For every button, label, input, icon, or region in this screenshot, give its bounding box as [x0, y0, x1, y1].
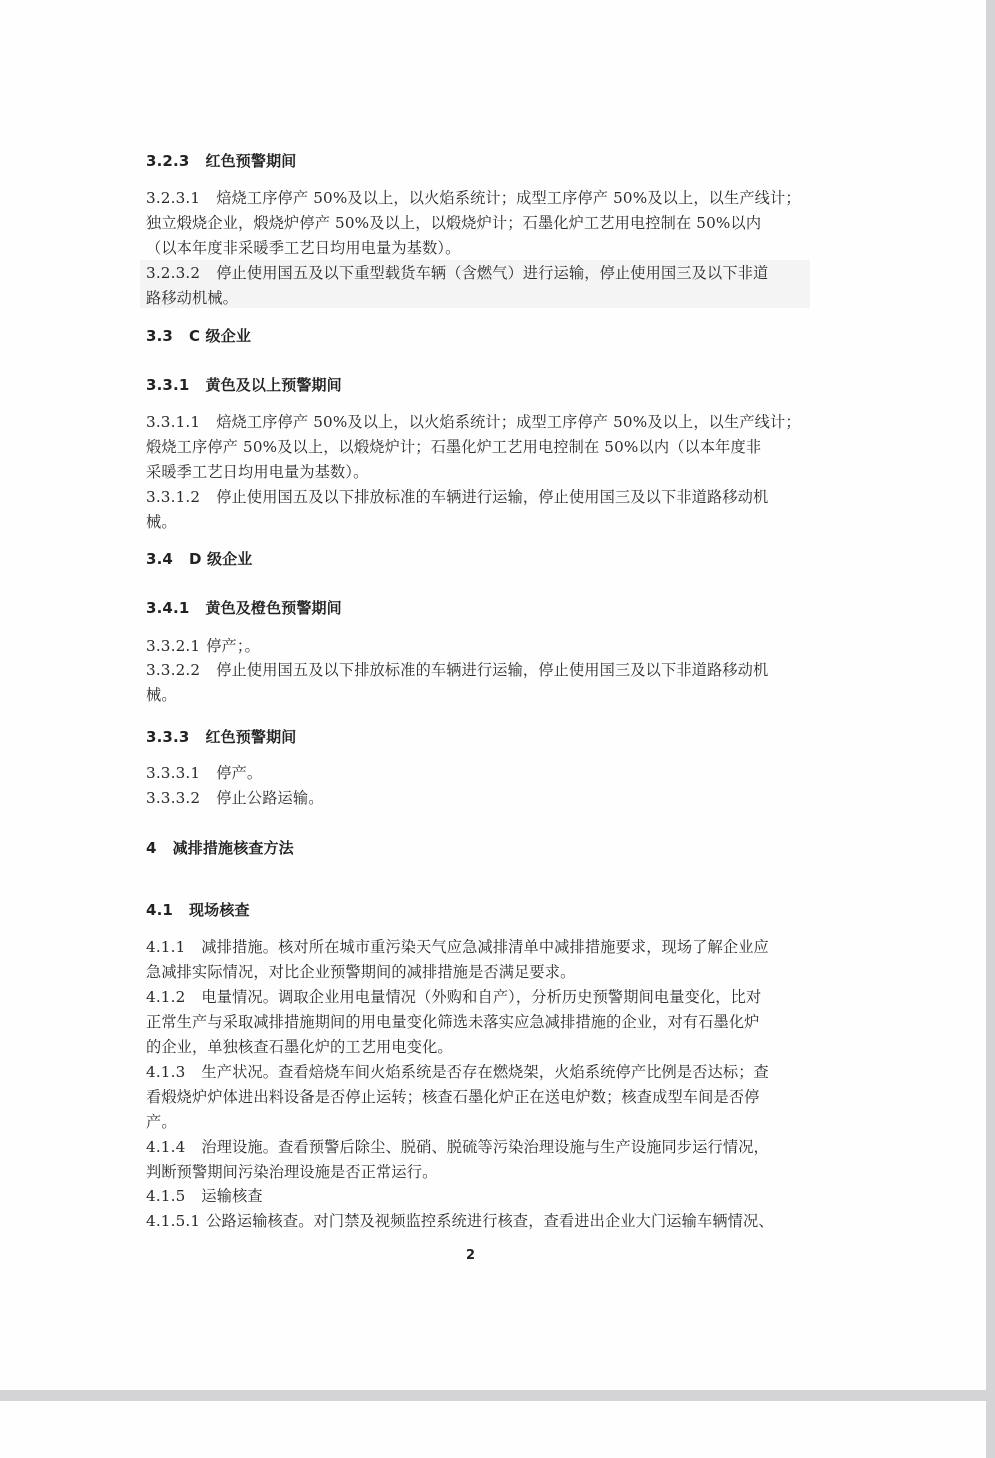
section-heading-3-4: 3.4D 级企业 — [146, 549, 252, 569]
section-heading-3-3: 3.3C 级企业 — [146, 326, 251, 346]
paragraph-line-3-3-1-2-0: 3.3.1.2停止使用国五及以下排放标准的车辆进行运输，停止使用国三及以下非道路… — [146, 487, 768, 507]
clause-text: 停止使用国五及以下排放标准的车辆进行运输，停止使用国三及以下非道路移动机 — [216, 488, 768, 506]
section-title: 黄色及以上预警期间 — [205, 376, 341, 394]
paragraph-line-4-1-3-2: 产。 — [146, 1112, 177, 1132]
section-title: C 级企业 — [189, 327, 251, 345]
paragraph-line-4-1-2-1: 正常生产与采取减排措施期间的用电量变化筛选未落实应急减排措施的企业，对有石墨化炉 — [146, 1012, 760, 1032]
clause-text: 生产状况。查看焙烧车间火焰系统是否存在燃烧架，火焰系统停产比例是否达标；查 — [201, 1063, 769, 1081]
clause-number: 3.2.3.1 — [146, 188, 200, 208]
section-title: 红色预警期间 — [205, 728, 296, 746]
clause-text: 运输核查 — [201, 1187, 262, 1205]
clause-text: 路移动机械。 — [146, 289, 238, 307]
paragraph-line-4-1-3-1: 看煅烧炉炉体进出料设备是否停止运转；核查石墨化炉正在送电炉数；核查成型车间是否停 — [146, 1087, 760, 1107]
paragraph-line-3-2-3-1-2: （以本年度非采暖季工艺日均用电量为基数）。 — [146, 238, 461, 258]
section-title: 现场核查 — [189, 901, 250, 919]
paragraph-line-4-1-3-0: 4.1.3生产状况。查看焙烧车间火焰系统是否存在燃烧架，火焰系统停产比例是否达标… — [146, 1062, 769, 1082]
clause-text: 械。 — [146, 513, 177, 531]
section-title: 黄色及橙色预警期间 — [205, 599, 341, 617]
section-number: 3.3.3 — [146, 727, 189, 747]
clause-text: 停止使用国五及以下重型载货车辆（含燃气）进行运输，停止使用国三及以下非道 — [216, 264, 768, 282]
paragraph-line-3-3-1-1-1: 煅烧工序停产 50%及以上，以煅烧炉计；石墨化炉工艺用电控制在 50%以内（以本… — [146, 437, 761, 457]
clause-number: 3.2.3.2 — [146, 263, 200, 283]
clause-text: 的企业，单独核查石墨化炉的工艺用电变化。 — [146, 1038, 453, 1056]
section-heading-3-3-3: 3.3.3红色预警期间 — [146, 727, 296, 747]
section-title: 减排措施核查方法 — [173, 839, 294, 857]
clause-number: 3.3.1.2 — [146, 487, 200, 507]
clause-text: 煅烧工序停产 50%及以上，以煅烧炉计；石墨化炉工艺用电控制在 50%以内（以本… — [146, 438, 761, 456]
section-number: 3.3.1 — [146, 375, 189, 395]
clause-text: 公路运输核查。对门禁及视频监控系统进行核查，查看进出企业大门运输车辆情况、 — [206, 1212, 774, 1230]
section-heading-3-2-3: 3.2.3红色预警期间 — [146, 151, 296, 171]
section-number: 3.2.3 — [146, 151, 189, 171]
clause-text: 减排措施。核对所在城市重污染天气应急减排清单中减排措施要求，现场了解企业应 — [201, 938, 769, 956]
clause-text: 焙烧工序停产 50%及以上，以火焰系统计；成型工序停产 50%及以上，以生产线计… — [216, 189, 801, 207]
paragraph-line-3-2-3-2-0: 3.2.3.2停止使用国五及以下重型载货车辆（含燃气）进行运输，停止使用国三及以… — [146, 263, 768, 283]
clause-number: 3.3.3.2 — [146, 788, 200, 808]
paragraph-line-3-2-3-1-1: 独立煅烧企业，煅烧炉停产 50%及以上，以煅烧炉计；石墨化炉工艺用电控制在 50… — [146, 213, 761, 233]
clause-number: 4.1.5.1 — [146, 1211, 200, 1231]
clause-text: 采暖季工艺日均用电量为基数）。 — [146, 463, 368, 481]
paragraph-line-3-3-1-1-0: 3.3.1.1焙烧工序停产 50%及以上，以火焰系统计；成型工序停产 50%及以… — [146, 412, 801, 432]
paragraph-line-4-1-5-0: 4.1.5运输核查 — [146, 1186, 263, 1206]
section-title: D 级企业 — [189, 550, 252, 568]
paragraph-line-3-3-2-2-0: 3.3.2.2停止使用国五及以下排放标准的车辆进行运输，停止使用国三及以下非道路… — [146, 660, 768, 680]
clause-text: 急减排实际情况，对比企业预警期间的减排措施是否满足要求。 — [146, 963, 575, 981]
clause-text: 械。 — [146, 686, 177, 704]
section-title: 红色预警期间 — [205, 152, 296, 170]
section-number: 4 — [146, 838, 157, 858]
clause-text: 停产。 — [216, 764, 262, 782]
section-heading-4: 4减排措施核查方法 — [146, 838, 294, 858]
section-heading-3-3-1: 3.3.1黄色及以上预警期间 — [146, 375, 342, 395]
clause-text: 焙烧工序停产 50%及以上，以火焰系统计；成型工序停产 50%及以上，以生产线计… — [216, 413, 801, 431]
document-page: 3.2.3红色预警期间3.2.3.1焙烧工序停产 50%及以上，以火焰系统计；成… — [0, 0, 986, 1390]
paragraph-line-3-3-1-2-1: 械。 — [146, 512, 177, 532]
section-number: 3.4 — [146, 549, 173, 569]
scrollbar-track[interactable] — [986, 0, 995, 1458]
clause-number: 3.3.2.1 — [146, 636, 200, 656]
paragraph-line-4-1-1-0: 4.1.1减排措施。核对所在城市重污染天气应急减排清单中减排措施要求，现场了解企… — [146, 937, 769, 957]
clause-number: 4.1.1 — [146, 937, 185, 957]
clause-text: 电量情况。调取企业用电量情况（外购和自产），分析历史预警期间电量变化，比对 — [201, 988, 761, 1006]
page-separator — [0, 1390, 986, 1401]
clause-number: 3.3.1.1 — [146, 412, 200, 432]
paragraph-line-4-1-4-0: 4.1.4治理设施。查看预警后除尘、脱硝、脱硫等污染治理设施与生产设施同步运行情… — [146, 1137, 769, 1157]
clause-text: 看煅烧炉炉体进出料设备是否停止运转；核查石墨化炉正在送电炉数；核查成型车间是否停 — [146, 1088, 760, 1106]
clause-number: 4.1.4 — [146, 1137, 185, 1157]
paragraph-line-3-2-3-2-1: 路移动机械。 — [146, 288, 238, 308]
clause-text: 正常生产与采取减排措施期间的用电量变化筛选未落实应急减排措施的企业，对有石墨化炉 — [146, 1013, 760, 1031]
paragraph-line-3-3-3-2-0: 3.3.3.2停止公路运输。 — [146, 788, 324, 808]
paragraph-line-4-1-1-1: 急减排实际情况，对比企业预警期间的减排措施是否满足要求。 — [146, 962, 575, 982]
clause-text: 治理设施。查看预警后除尘、脱硝、脱硫等污染治理设施与生产设施同步运行情况， — [201, 1138, 769, 1156]
clause-number: 3.3.2.2 — [146, 660, 200, 680]
section-heading-4-1: 4.1现场核查 — [146, 900, 250, 920]
paragraph-line-4-1-5-1-0: 4.1.5.1公路运输核查。对门禁及视频监控系统进行核查，查看进出企业大门运输车… — [146, 1211, 774, 1231]
clause-text: （以本年度非采暖季工艺日均用电量为基数）。 — [146, 239, 461, 257]
section-number: 3.3 — [146, 326, 173, 346]
clause-text: 判断预警期间污染治理设施是否正常运行。 — [146, 1163, 437, 1181]
paragraph-line-3-3-2-2-1: 械。 — [146, 685, 177, 705]
clause-number: 3.3.3.1 — [146, 763, 200, 783]
clause-text: 停止公路运输。 — [216, 789, 323, 807]
paragraph-line-3-3-1-1-2: 采暖季工艺日均用电量为基数）。 — [146, 462, 368, 482]
clause-text: 独立煅烧企业，煅烧炉停产 50%及以上，以煅烧炉计；石墨化炉工艺用电控制在 50… — [146, 214, 761, 232]
clause-number: 4.1.5 — [146, 1186, 185, 1206]
paragraph-line-4-1-4-1: 判断预警期间污染治理设施是否正常运行。 — [146, 1162, 437, 1182]
paragraph-line-4-1-2-0: 4.1.2电量情况。调取企业用电量情况（外购和自产），分析历史预警期间电量变化，… — [146, 987, 761, 1007]
section-number: 3.4.1 — [146, 598, 189, 618]
clause-text: 产。 — [146, 1113, 177, 1131]
section-number: 4.1 — [146, 900, 173, 920]
paragraph-line-3-3-3-1-0: 3.3.3.1停产。 — [146, 763, 262, 783]
clause-text: 停止使用国五及以下排放标准的车辆进行运输，停止使用国三及以下非道路移动机 — [216, 661, 768, 679]
paragraph-line-3-3-2-1-0: 3.3.2.1停产；。 — [146, 636, 260, 656]
paragraph-line-4-1-2-2: 的企业，单独核查石墨化炉的工艺用电变化。 — [146, 1037, 453, 1057]
section-heading-3-4-1: 3.4.1黄色及橙色预警期间 — [146, 598, 342, 618]
paragraph-line-3-2-3-1-0: 3.2.3.1焙烧工序停产 50%及以上，以火焰系统计；成型工序停产 50%及以… — [146, 188, 801, 208]
clause-number: 4.1.2 — [146, 987, 185, 1007]
next-page-area — [0, 1401, 986, 1458]
clause-number: 4.1.3 — [146, 1062, 185, 1082]
page-number: 2 — [466, 1248, 475, 1263]
clause-text: 停产；。 — [206, 637, 260, 655]
